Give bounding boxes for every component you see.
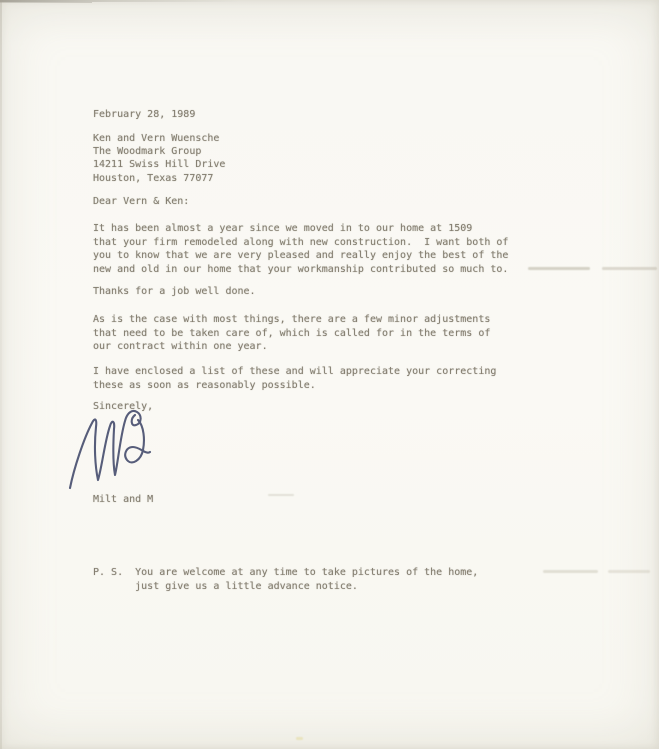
scan-top-edge-artifact [0, 0, 240, 2]
postscript: P. S. You are welcome at any time to tak… [93, 566, 478, 593]
scan-smudge [543, 570, 598, 573]
letter-date: February 28, 1989 [93, 108, 195, 122]
scanned-letter-page: February 28, 1989 Ken and Vern Wuensche … [0, 0, 659, 749]
body-paragraph-1: It has been almost a year since we moved… [93, 222, 508, 276]
scan-smudge [602, 267, 657, 270]
signer-name: Milt and M [93, 493, 153, 507]
salutation: Dear Vern & Ken: [93, 195, 189, 209]
handwritten-signature [58, 404, 170, 498]
scan-smudge [268, 494, 294, 496]
body-paragraph-2: Thanks for a job well done. [93, 285, 256, 299]
scan-top-edge-artifact [0, 2, 92, 3]
body-paragraph-4: I have enclosed a list of these and will… [93, 365, 496, 392]
recipient-address-block: Ken and Vern Wuensche The Woodmark Group… [93, 132, 225, 185]
body-paragraph-3: As is the case with most things, there a… [93, 313, 490, 354]
scan-smudge [608, 570, 650, 573]
scan-speck [296, 737, 303, 740]
scan-smudge [528, 267, 590, 270]
scan-left-edge-artifact [0, 0, 2, 749]
